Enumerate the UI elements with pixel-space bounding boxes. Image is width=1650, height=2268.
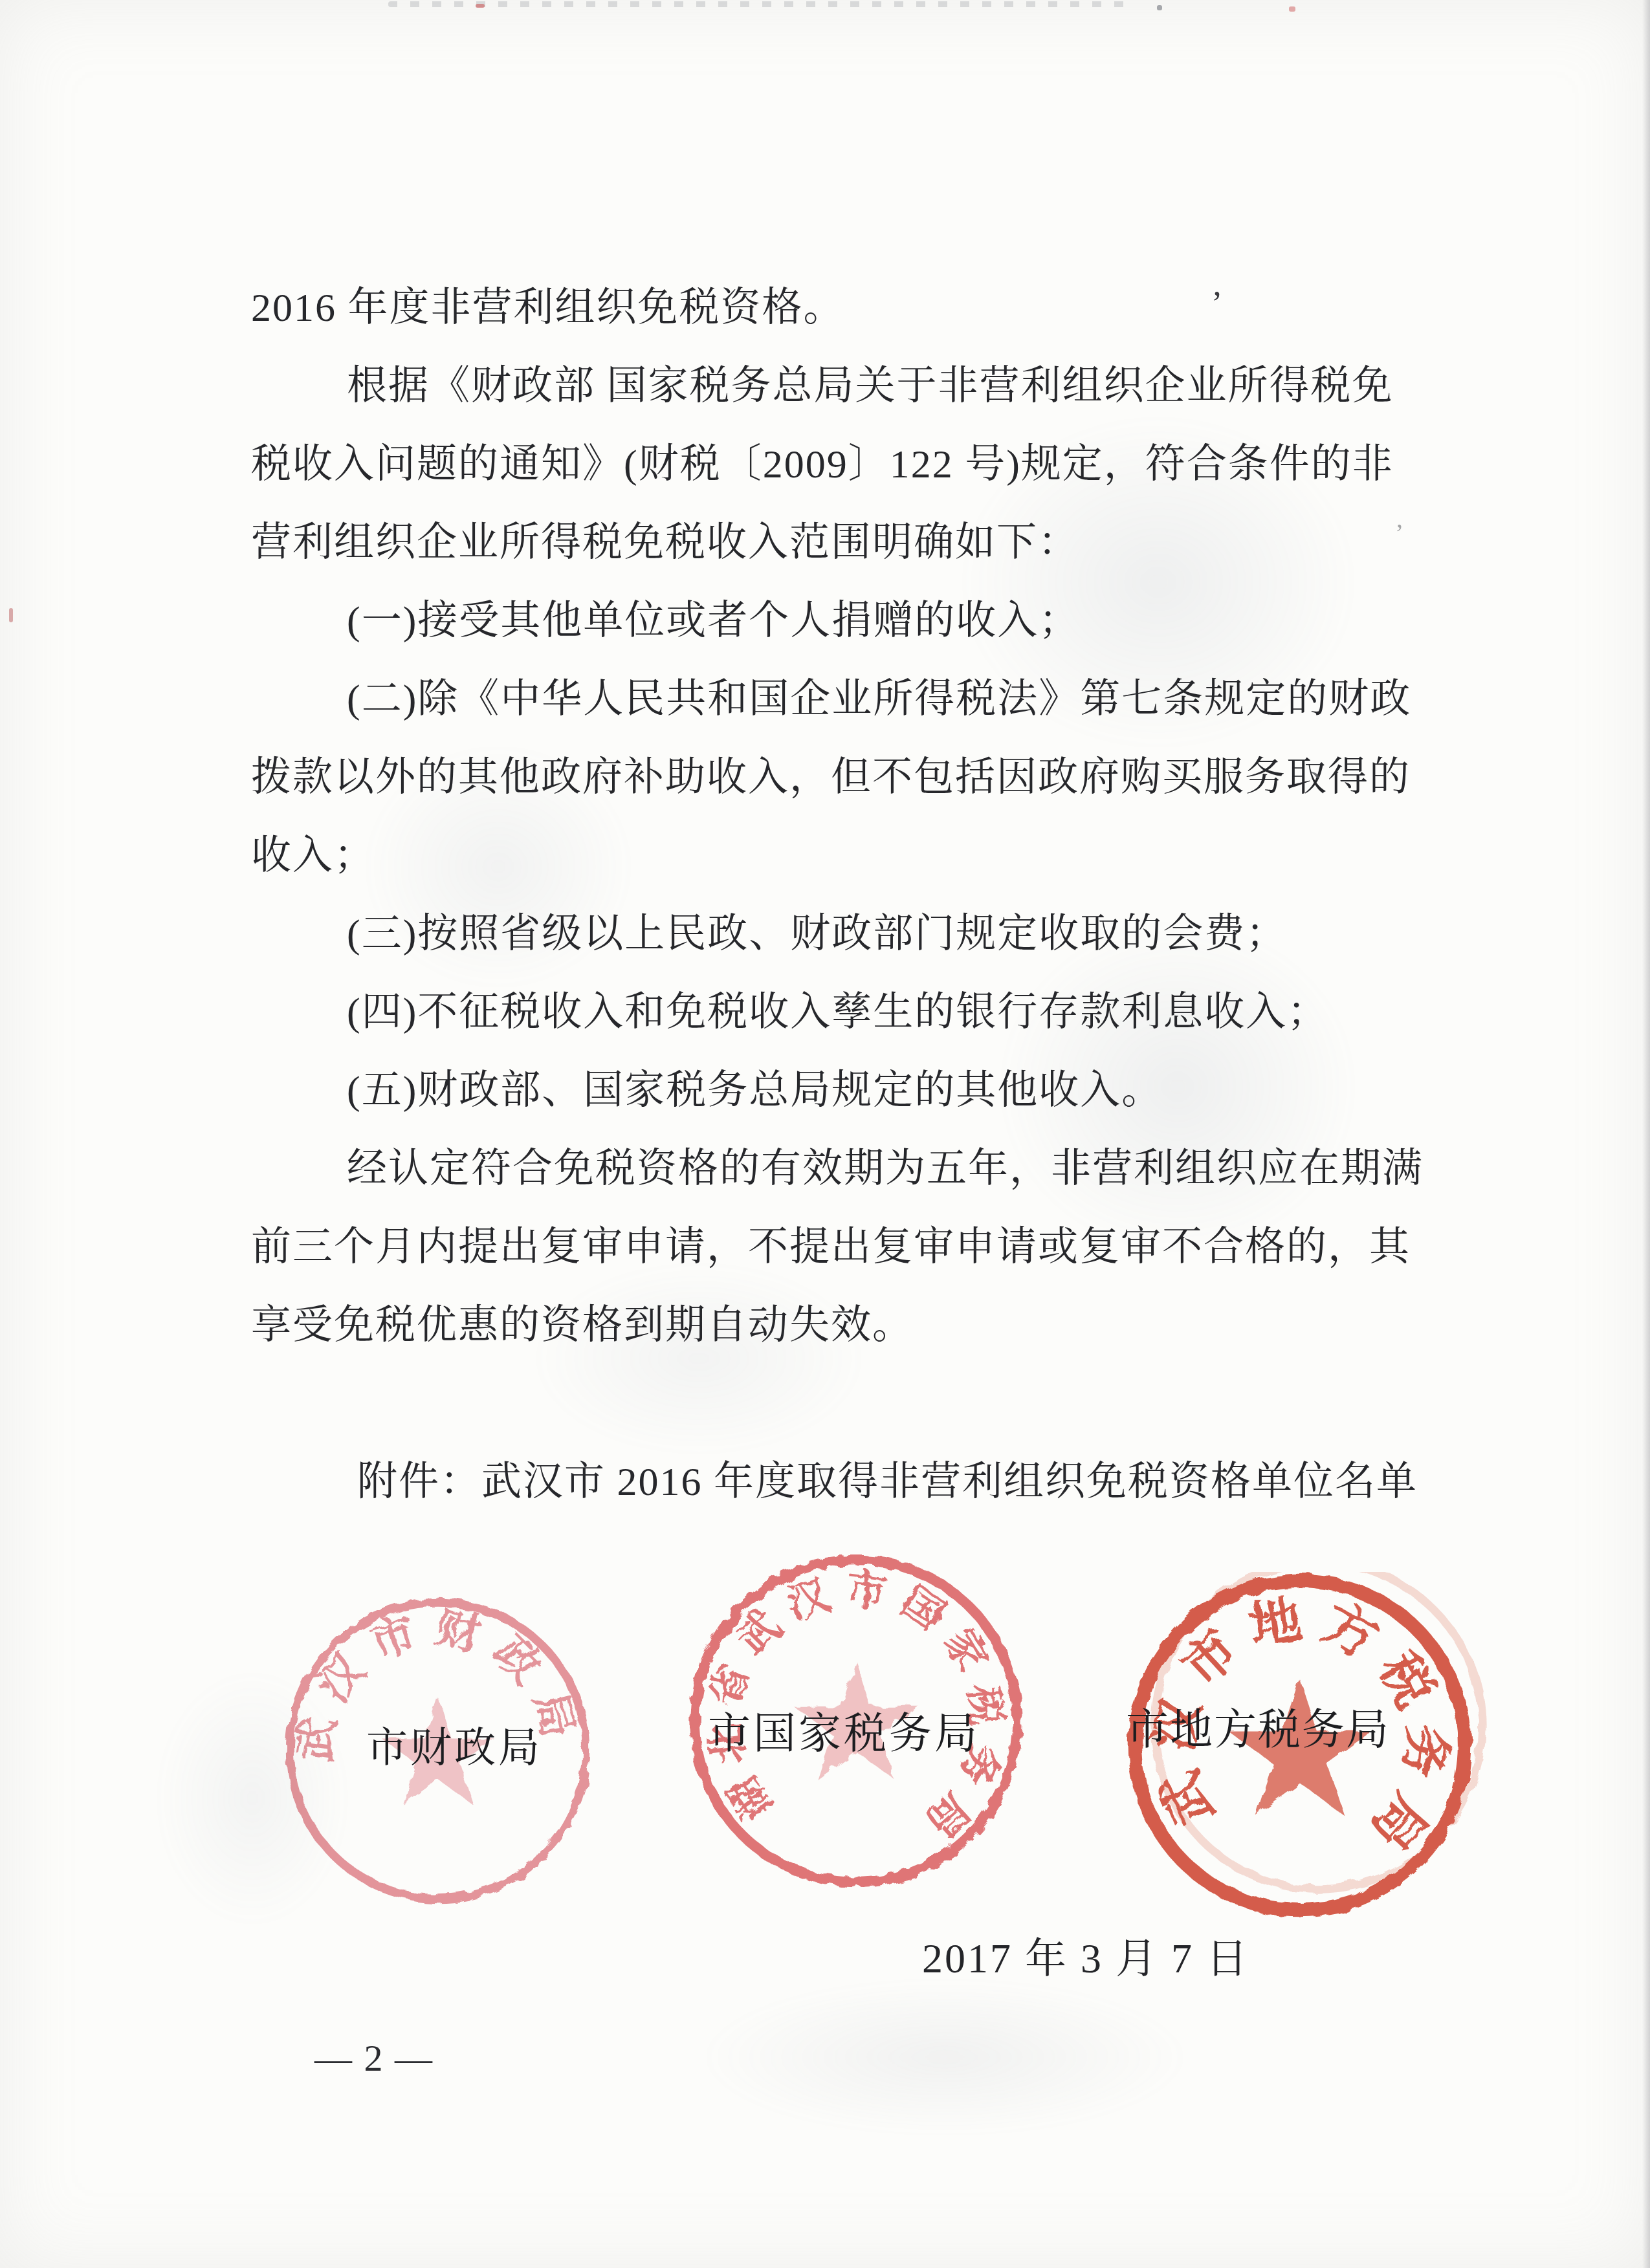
stray-mark: 、 — [1306, 739, 1341, 786]
bleedthrough-smudge — [699, 1979, 1191, 2135]
document-line: 经认定符合免税资格的有效期为五年，非营利组织应在期满 — [251, 1130, 1409, 1208]
document-line: (二)除《中华人民共和国企业所得税法》第七条规定的财政 — [251, 660, 1409, 739]
document-line: 前三个月内提出复审申请，不提出复审申请或复审不合格的，其 — [251, 1208, 1409, 1287]
document-line: (四)不征税收入和免税收入孳生的银行存款利息收入； — [251, 974, 1409, 1052]
document-line: 根据《财政部 国家税务总局关于非营利组织企业所得税免 — [251, 347, 1409, 426]
stray-mark: , — [1396, 503, 1403, 534]
scanned-document-page: 2016 年度非营利组织免税资格。 根据《财政部 国家税务总局关于非营利组织企业… — [0, 0, 1650, 2268]
scan-speck — [9, 608, 13, 622]
document-line: 收入； — [251, 817, 1409, 895]
document-date: 2017 年 3 月 7 日 — [922, 1925, 1249, 1985]
stray-mark: ’ — [1211, 285, 1222, 323]
local-tax-bureau-label: 市地方税务局 — [1126, 1695, 1390, 1756]
document-line: 拨款以外的其他政府补助收入，但不包括因政府购买服务取得的 — [251, 739, 1409, 817]
scan-speck — [1157, 5, 1162, 10]
page-edge-shadow — [1642, 0, 1650, 2268]
document-line: 税收入问题的通知》(财税〔2009〕122 号)规定，符合条件的非 — [251, 426, 1409, 504]
scan-speck — [1289, 6, 1295, 12]
document-line: (五)财政部、国家税务总局规定的其他收入。 — [251, 1052, 1409, 1130]
document-line — [251, 1365, 1409, 1443]
finance-bureau-label: 市财政局 — [366, 1714, 542, 1774]
scan-speck — [476, 4, 485, 8]
document-body: 2016 年度非营利组织免税资格。 根据《财政部 国家税务总局关于非营利组织企业… — [251, 269, 1409, 1521]
document-line: 享受免税优惠的资格到期自动失效。 — [251, 1287, 1409, 1365]
document-line: 营利组织企业所得税免税收入范围明确如下： — [251, 504, 1409, 582]
document-line: 2016 年度非营利组织免税资格。 — [251, 269, 1409, 347]
scan-edge-artifacts — [388, 1, 1132, 7]
document-line: (三)按照省级以上民政、财政部门规定收取的会费； — [251, 895, 1409, 974]
document-line: (一)接受其他单位或者个人捐赠的收入； — [251, 582, 1409, 660]
state-tax-bureau-label: 市国家税务局 — [708, 1699, 980, 1760]
attachment-line: 附件：武汉市 2016 年度取得非营利组织免税资格单位名单 — [251, 1443, 1409, 1521]
page-number: — 2 — — [314, 2036, 434, 2080]
